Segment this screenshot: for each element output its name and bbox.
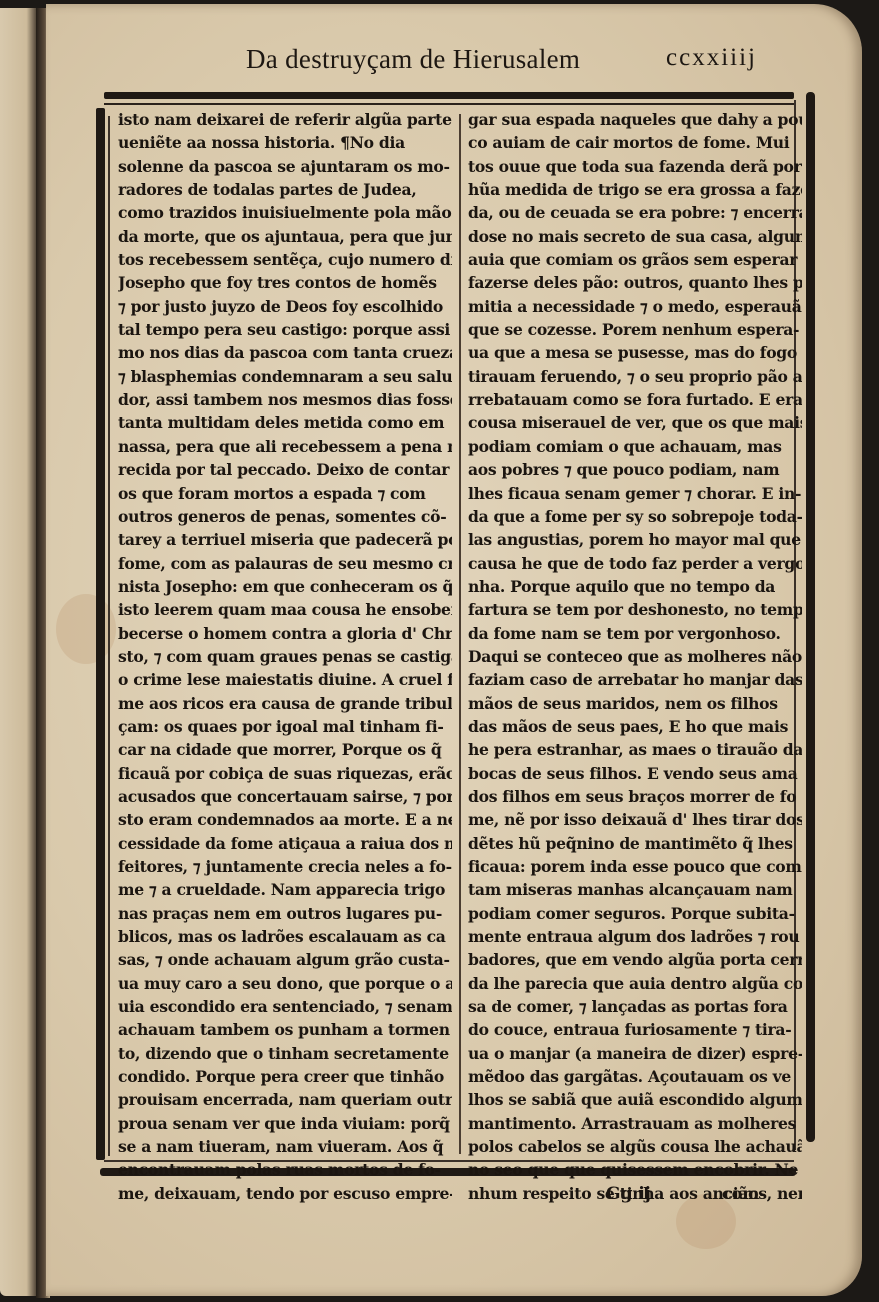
text-column-left: isto nam deixarei de referir algũa parte… [118, 108, 452, 1205]
text-line: Daqui se conteceo que as molheres não [468, 645, 802, 668]
text-line: tal tempo pera seu castigo: porque assi … [118, 318, 452, 341]
top-rule-thin [104, 103, 794, 105]
text-line: ⁊ por justo juyzo de Deos foy escolhido [118, 295, 452, 318]
text-line: ueniẽte aa nossa historia. ¶No dia [118, 131, 452, 154]
text-line: rrebatauam como se fora furtado. E era [468, 388, 802, 411]
text-line: das mãos de seus paes, E ho que mais [468, 715, 802, 738]
text-line: tirauam feruendo, ⁊ o seu proprio pão a [468, 365, 802, 388]
text-line: radores de todalas partes de Judea, [118, 178, 452, 201]
column-divider [459, 114, 461, 1154]
text-line: isto nam deixarei de referir algũa parte… [118, 108, 452, 131]
text-line: sto eram condemnados aa morte. E a ne [118, 808, 452, 831]
text-line: mente entraua algum dos ladrões ⁊ rou [468, 925, 802, 948]
text-line: cousa miserauel de ver, que os que mais [468, 411, 802, 434]
text-line: uia escondido era sentenciado, ⁊ senam o [118, 995, 452, 1018]
text-line: co auiam de cair mortos de fome. Mui [468, 131, 802, 154]
text-line: dos filhos em seus braços morrer de fo [468, 785, 802, 808]
text-line: ficauã por cobiça de suas riquezas, erão [118, 762, 452, 785]
text-line: mãos de seus maridos, nem os filhos [468, 692, 802, 715]
text-line: ua o manjar (a maneira de dizer) espre- [468, 1042, 802, 1065]
left-border-thin [108, 116, 110, 1156]
text-line: prouisam encerrada, nam queriam outra [118, 1088, 452, 1111]
text-line: podiam comiam o que achauam, mas [468, 435, 802, 458]
top-rule [104, 92, 794, 99]
book-page: Da destruyçam de Hierusalem ccxxiiij ist… [46, 4, 862, 1296]
text-line: isto leerem quam maa cousa he ensober [118, 598, 452, 621]
text-line: podiam comer seguros. Porque subita- [468, 902, 802, 925]
text-line: Josepho que foy tres contos de homẽs [118, 271, 452, 294]
text-line: bocas de seus filhos. E vendo seus ama [468, 762, 802, 785]
text-line: o crime lese maiestatis diuine. A cruel … [118, 668, 452, 691]
text-line: dose no mais secreto de sua casa, alguns [468, 225, 802, 248]
text-line: da, ou de ceuada se era pobre: ⁊ encerra… [468, 201, 802, 224]
text-line: ua que a mesa se pusesse, mas do fogo o [468, 341, 802, 364]
text-line: tarey a terriuel miseria que padecerã po… [118, 528, 452, 551]
text-line: ficaua: porem inda esse pouco que com [468, 855, 802, 878]
text-line: sas, ⁊ onde achauam algum grão custa- [118, 948, 452, 971]
text-line: dor, assi tambem nos mesmos dias fosse [118, 388, 452, 411]
text-line: me aos ricos era causa de grande tribula [118, 692, 452, 715]
folio-number: ccxxiiij [666, 44, 757, 72]
text-line: recida por tal peccado. Deixo de contar [118, 458, 452, 481]
right-border-bar [806, 92, 815, 1142]
text-line: tos ouue que toda sua fazenda derã por [468, 155, 802, 178]
text-column-right: gar sua espada naqueles que dahy a pouco… [468, 108, 802, 1205]
text-line: hũa medida de trigo se era grossa a faze… [468, 178, 802, 201]
previous-page-edge [0, 8, 38, 1296]
text-line: achauam tambem os punham a tormen [118, 1018, 452, 1041]
text-line: outros generos de penas, somentes cõ- [118, 505, 452, 528]
text-line: mẽdoo das gargãtas. Açoutauam os ve [468, 1065, 802, 1088]
signature-mark: Gg ij [606, 1184, 651, 1204]
text-line: dẽtes hũ peq̃nino de mantimẽto q̃ lhes [468, 832, 802, 855]
text-line: fome, com as palauras de seu mesmo cro [118, 552, 452, 575]
text-line: causa he que de todo faz perder a vergo- [468, 552, 802, 575]
text-line: fartura se tem por deshonesto, no tempo [468, 598, 802, 621]
text-line: se a nam tiueram, nam viueram. Aos q̃ [118, 1135, 452, 1158]
text-line: nha. Porque aquilo que no tempo da [468, 575, 802, 598]
text-line: he pera estranhar, as maes o tirauão das [468, 738, 802, 761]
text-line: las angustias, porem ho mayor mal que [468, 528, 802, 551]
text-line: nista Josepho: em que conheceram os q̃ [118, 575, 452, 598]
text-line: cessidade da fome atiçaua a raiua dos ma… [118, 832, 452, 855]
text-line: car na cidade que morrer, Porque os q̃ [118, 738, 452, 761]
text-line: solenne da pascoa se ajuntaram os mo- [118, 155, 452, 178]
text-line: mantimento. Arrastrauam as molheres [468, 1112, 802, 1135]
text-line: auia que comiam os grãos sem esperar [468, 248, 802, 271]
text-line: mo nos dias da pascoa com tanta crueza [118, 341, 452, 364]
text-line: ⁊ blasphemias condemnaram a seu salua [118, 365, 452, 388]
text-line: acusados que concertauam sairse, ⁊ por i [118, 785, 452, 808]
text-line: me, nẽ por isso deixauã d' lhes tirar do… [468, 808, 802, 831]
text-line: sto, ⁊ com quam graues penas se castiga [118, 645, 452, 668]
left-border-bar [96, 108, 105, 1160]
water-stain [56, 594, 116, 664]
text-line: lhes ficaua senam gemer ⁊ chorar. E in- [468, 482, 802, 505]
text-line: badores, que em vendo algũa porta cerra [468, 948, 802, 971]
text-line: lhos se sabiã que auiã escondido algum [468, 1088, 802, 1111]
text-line: nassa, pera que ali recebessem a pena me… [118, 435, 452, 458]
text-line: fazerse deles pão: outros, quanto lhes p [468, 271, 802, 294]
text-line: me ⁊ a crueldade. Nam apparecia trigo [118, 878, 452, 901]
text-line: da fome nam se tem por vergonhoso. [468, 622, 802, 645]
text-line: nas praças nem em outros lugares pu- [118, 902, 452, 925]
text-line: faziam caso de arrebatar ho manjar das [468, 668, 802, 691]
text-line: tanta multidam deles metida como em [118, 411, 452, 434]
text-line: polos cabelos se algũs cousa lhe achauã [468, 1135, 802, 1158]
text-line: aos pobres ⁊ que pouco podiam, nam [468, 458, 802, 481]
text-line: gar sua espada naqueles que dahy a pou [468, 108, 802, 131]
text-line: como trazidos inuisiuelmente pola mão [118, 201, 452, 224]
text-line: me, deixauam, tendo por escuso empre- [118, 1182, 452, 1205]
text-line: sa de comer, ⁊ lançadas as portas fora [468, 995, 802, 1018]
text-line: encontrauam polas ruas mortos de fo- [118, 1158, 452, 1181]
running-head: Da destruyçam de Hierusalem [246, 44, 580, 75]
text-line: blicos, mas os ladrões escalauam as ca [118, 925, 452, 948]
text-line: becerse o homem contra a gloria d' Chri [118, 622, 452, 645]
catchword: com- [722, 1184, 766, 1203]
text-line: tam miseras manhas alcançauam nam [468, 878, 802, 901]
text-line: no seo que que quisessem encobrir. Ne [468, 1158, 802, 1181]
text-line: da que a fome per sy so sobrepoje toda- [468, 505, 802, 528]
text-line: to, dizendo que o tinham secretamente es [118, 1042, 452, 1065]
text-line: do couce, entraua furiosamente ⁊ tira- [468, 1018, 802, 1041]
text-line: da morte, que os ajuntaua, pera que jun- [118, 225, 452, 248]
text-line: mitia a necessidade ⁊ o medo, esperauão [468, 295, 802, 318]
text-line: os que foram mortos a espada ⁊ com [118, 482, 452, 505]
text-line: ua muy caro a seu dono, que porque o a- [118, 972, 452, 995]
text-line: que se cozesse. Porem nenhum espera- [468, 318, 802, 341]
text-line: proua senam ver que inda viuiam: porq̃ [118, 1112, 452, 1135]
text-line: çam: os quaes por igoal mal tinham fi- [118, 715, 452, 738]
text-line: feitores, ⁊ juntamente crecia neles a fo… [118, 855, 452, 878]
text-line: da lhe parecia que auia dentro algũa cou [468, 972, 802, 995]
text-line: condido. Porque pera creer que tinhão [118, 1065, 452, 1088]
text-line: tos recebessem sentẽça, cujo numero diz [118, 248, 452, 271]
